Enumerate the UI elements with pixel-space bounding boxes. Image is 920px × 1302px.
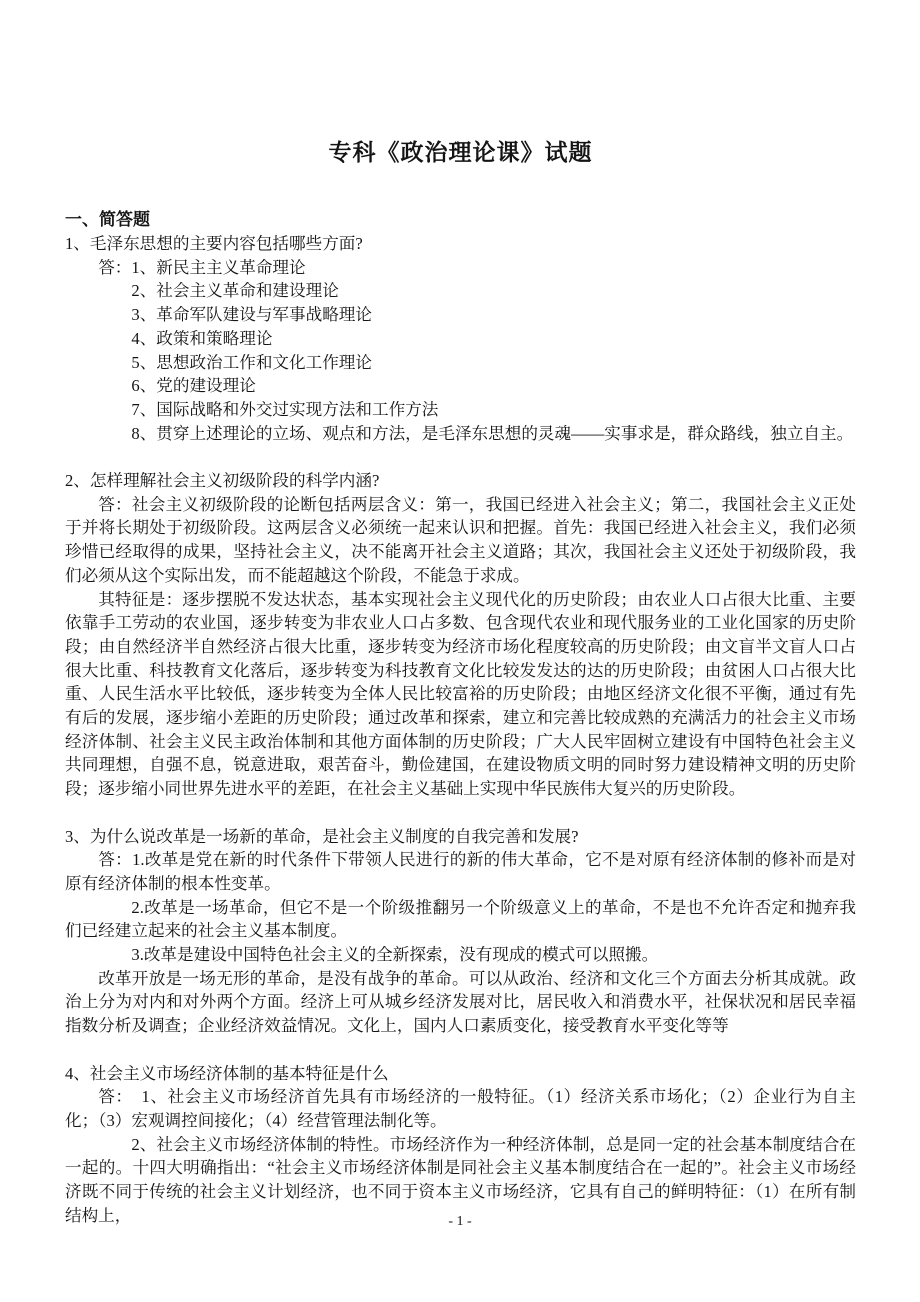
document-page: 专科《政治理论课》试题 一、简答题 1、毛泽东思想的主要内容包括哪些方面? 答：… (0, 0, 920, 1302)
answer-line: 2、社会主义革命和建设理论 (65, 279, 856, 303)
answer-line: 答：1、新民主主义革命理论 (65, 256, 856, 280)
page-title: 专科《政治理论课》试题 (65, 0, 856, 167)
question-text: 2、怎样理解社会主义初级阶段的科学内涵? (65, 469, 856, 493)
answer-paragraph: 3.改革是建设中国特色社会主义的全新探索，没有现成的模式可以照搬。 (65, 943, 856, 967)
page-number: - 1 - (0, 1212, 920, 1232)
answer-paragraph: 2.改革是一场革命，但它不是一个阶级推翻另一个阶级意义上的革命，不是也不允许否定… (65, 896, 856, 943)
answer-paragraph: 改革开放是一场无形的革命，是没有战争的革命。可以从政治、经济和文化三个方面去分析… (65, 967, 856, 1038)
question-text: 1、毛泽东思想的主要内容包括哪些方面? (65, 232, 856, 256)
question-text: 4、社会主义市场经济体制的基本特征是什么 (65, 1062, 856, 1086)
answer-line: 5、思想政治工作和文化工作理论 (65, 351, 856, 375)
blank-line (65, 445, 856, 469)
answer-line: 8、贯穿上述理论的立场、观点和方法，是毛泽东思想的灵魂——实事求是，群众路线，独… (65, 422, 856, 446)
question-block-2: 2、怎样理解社会主义初级阶段的科学内涵? 答：社会主义初级阶段的论断包括两层含义… (65, 469, 856, 801)
section-heading: 一、简答题 (65, 208, 856, 232)
answer-line: 3、革命军队建设与军事战略理论 (65, 303, 856, 327)
question-block-4: 4、社会主义市场经济体制的基本特征是什么 答： 1、社会主义市场经济首先具有市场… (65, 1062, 856, 1228)
answer-line: 7、国际战略和外交过实现方法和工作方法 (65, 398, 856, 422)
blank-line (65, 1038, 856, 1062)
page-content: 专科《政治理论课》试题 一、简答题 1、毛泽东思想的主要内容包括哪些方面? 答：… (65, 0, 856, 1227)
answer-paragraph: 答： 1、社会主义市场经济首先具有市场经济的一般特征。（1）经济关系市场化；（2… (65, 1085, 856, 1132)
question-block-3: 3、为什么说改革是一场新的革命，是社会主义制度的自我完善和发展? 答：1.改革是… (65, 825, 856, 1038)
question-block-1: 1、毛泽东思想的主要内容包括哪些方面? 答：1、新民主主义革命理论 2、社会主义… (65, 232, 856, 445)
answer-line: 4、政策和策略理论 (65, 327, 856, 351)
answer-paragraph: 答：社会主义初级阶段的论断包括两层含义：第一，我国已经进入社会主义；第二，我国社… (65, 493, 856, 588)
answer-line: 6、党的建设理论 (65, 374, 856, 398)
blank-line (65, 801, 856, 825)
question-text: 3、为什么说改革是一场新的革命，是社会主义制度的自我完善和发展? (65, 825, 856, 849)
answer-paragraph: 答：1.改革是党在新的时代条件下带领人民进行的新的伟大革命，它不是对原有经济体制… (65, 848, 856, 895)
answer-paragraph: 其特征是：逐步摆脱不发达状态，基本实现社会主义现代化的历史阶段；由农业人口占很大… (65, 588, 856, 801)
